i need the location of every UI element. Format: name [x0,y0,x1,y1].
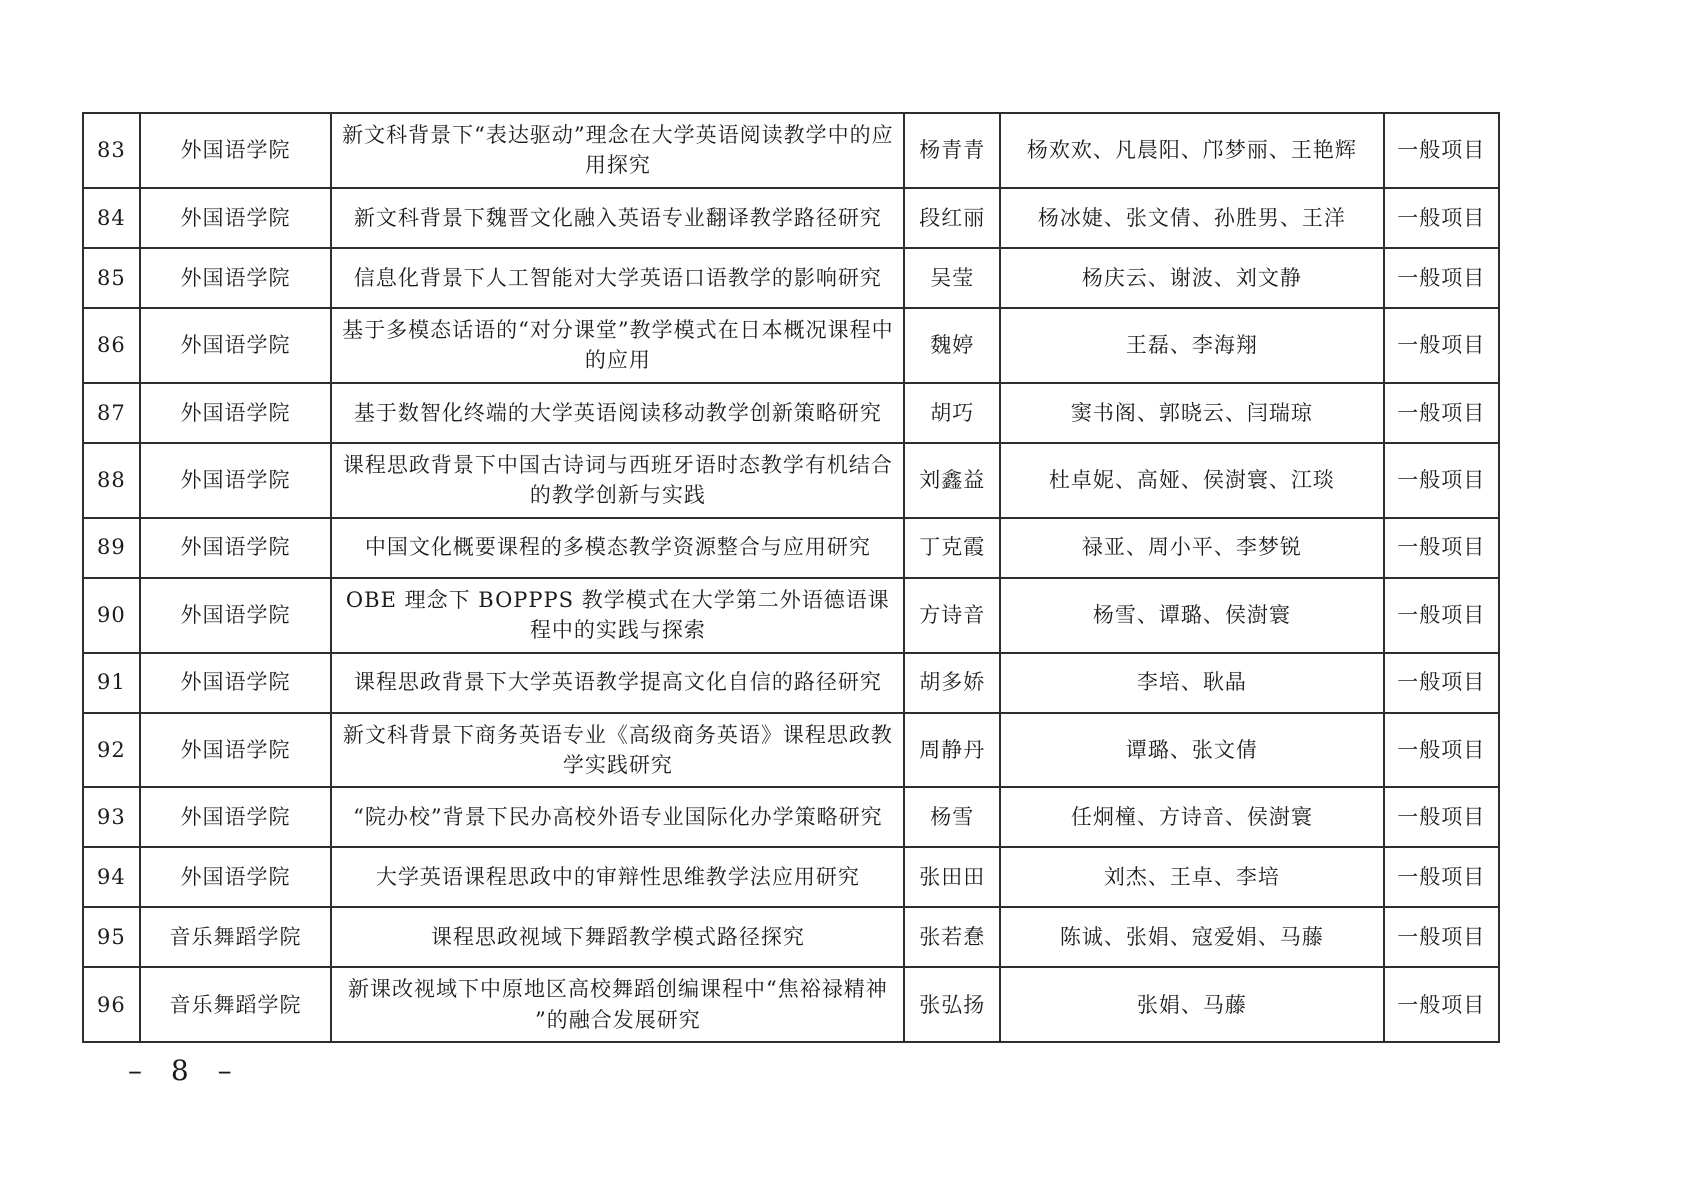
cell-no: 88 [83,443,140,518]
cell-type: 一般项目 [1384,443,1499,518]
table-row: 85外国语学院信息化背景下人工智能对大学英语口语教学的影响研究吴莹杨庆云、谢波、… [83,248,1499,308]
cell-leader: 杨雪 [904,787,1000,847]
table-row: 93外国语学院“院办校”背景下民办高校外语专业国际化办学策略研究杨雪任炯橦、方诗… [83,787,1499,847]
cell-no: 92 [83,713,140,788]
cell-no: 85 [83,248,140,308]
cell-department: 音乐舞蹈学院 [140,967,332,1042]
cell-members: 杨庆云、谢波、刘文静 [1000,248,1383,308]
cell-no: 90 [83,578,140,653]
cell-type: 一般项目 [1384,383,1499,443]
cell-department: 外国语学院 [140,578,332,653]
cell-no: 91 [83,653,140,713]
table-row: 83外国语学院新文科背景下“表达驱动”理念在大学英语阅读教学中的应用探究杨青青杨… [83,113,1499,188]
cell-members: 任炯橦、方诗音、侯澍寰 [1000,787,1383,847]
cell-members: 王磊、李海翔 [1000,308,1383,383]
cell-no: 95 [83,907,140,967]
cell-members: 杨冰婕、张文倩、孙胜男、王洋 [1000,188,1383,248]
cell-title: 新文科背景下“表达驱动”理念在大学英语阅读教学中的应用探究 [331,113,904,188]
table-row: 88外国语学院课程思政背景下中国古诗词与西班牙语时态教学有机结合的教学创新与实践… [83,443,1499,518]
table-row: 84外国语学院新文科背景下魏晋文化融入英语专业翻译教学路径研究段红丽杨冰婕、张文… [83,188,1499,248]
table-row: 90外国语学院OBE 理念下 BOPPPS 教学模式在大学第二外语德语课程中的实… [83,578,1499,653]
table-row: 91外国语学院课程思政背景下大学英语教学提高文化自信的路径研究胡多娇李培、耿晶一… [83,653,1499,713]
cell-leader: 胡多娇 [904,653,1000,713]
table-row: 96音乐舞蹈学院新课改视域下中原地区高校舞蹈创编课程中“焦裕禄精神 ”的融合发展… [83,967,1499,1042]
cell-members: 杨欢欢、凡晨阳、邝梦丽、王艳辉 [1000,113,1383,188]
cell-title: OBE 理念下 BOPPPS 教学模式在大学第二外语德语课程中的实践与探索 [331,578,904,653]
cell-leader: 周静丹 [904,713,1000,788]
cell-leader: 杨青青 [904,113,1000,188]
cell-no: 96 [83,967,140,1042]
cell-title: 新文科背景下商务英语专业《高级商务英语》课程思政教学实践研究 [331,713,904,788]
cell-members: 陈诚、张娟、寇爱娟、马藤 [1000,907,1383,967]
cell-no: 83 [83,113,140,188]
cell-leader: 吴莹 [904,248,1000,308]
cell-department: 外国语学院 [140,308,332,383]
cell-department: 外国语学院 [140,713,332,788]
cell-title: 课程思政背景下大学英语教学提高文化自信的路径研究 [331,653,904,713]
cell-type: 一般项目 [1384,578,1499,653]
projects-table-body: 83外国语学院新文科背景下“表达驱动”理念在大学英语阅读教学中的应用探究杨青青杨… [83,113,1499,1042]
cell-type: 一般项目 [1384,248,1499,308]
cell-title: 课程思政视域下舞蹈教学模式路径探究 [331,907,904,967]
cell-title: 新课改视域下中原地区高校舞蹈创编课程中“焦裕禄精神 ”的融合发展研究 [331,967,904,1042]
cell-members: 禄亚、周小平、李梦锐 [1000,518,1383,578]
table-row: 89外国语学院中国文化概要课程的多模态教学资源整合与应用研究丁克霞禄亚、周小平、… [83,518,1499,578]
cell-title: 新文科背景下魏晋文化融入英语专业翻译教学路径研究 [331,188,904,248]
cell-leader: 胡巧 [904,383,1000,443]
cell-type: 一般项目 [1384,308,1499,383]
cell-department: 外国语学院 [140,787,332,847]
cell-no: 87 [83,383,140,443]
cell-no: 84 [83,188,140,248]
cell-members: 刘杰、王卓、李培 [1000,847,1383,907]
cell-type: 一般项目 [1384,188,1499,248]
cell-title: 基于多模态话语的“对分课堂”教学模式在日本概况课程中的应用 [331,308,904,383]
projects-table: 83外国语学院新文科背景下“表达驱动”理念在大学英语阅读教学中的应用探究杨青青杨… [82,112,1500,1043]
cell-leader: 方诗音 [904,578,1000,653]
cell-department: 外国语学院 [140,188,332,248]
cell-department: 外国语学院 [140,653,332,713]
cell-title: “院办校”背景下民办高校外语专业国际化办学策略研究 [331,787,904,847]
cell-members: 李培、耿晶 [1000,653,1383,713]
cell-no: 93 [83,787,140,847]
table-row: 95音乐舞蹈学院课程思政视域下舞蹈教学模式路径探究张若惷陈诚、张娟、寇爱娟、马藤… [83,907,1499,967]
cell-title: 中国文化概要课程的多模态教学资源整合与应用研究 [331,518,904,578]
cell-type: 一般项目 [1384,847,1499,907]
cell-no: 86 [83,308,140,383]
cell-department: 外国语学院 [140,248,332,308]
cell-members: 杨雪、谭璐、侯澍寰 [1000,578,1383,653]
cell-no: 94 [83,847,140,907]
cell-type: 一般项目 [1384,113,1499,188]
cell-department: 音乐舞蹈学院 [140,907,332,967]
cell-leader: 魏婷 [904,308,1000,383]
cell-department: 外国语学院 [140,847,332,907]
cell-no: 89 [83,518,140,578]
cell-type: 一般项目 [1384,907,1499,967]
document-page: 83外国语学院新文科背景下“表达驱动”理念在大学英语阅读教学中的应用探究杨青青杨… [0,0,1684,1191]
cell-leader: 张田田 [904,847,1000,907]
cell-leader: 刘鑫益 [904,443,1000,518]
cell-leader: 张若惷 [904,907,1000,967]
table-row: 86外国语学院基于多模态话语的“对分课堂”教学模式在日本概况课程中的应用魏婷王磊… [83,308,1499,383]
cell-members: 窦书阁、郭晓云、闫瑞琼 [1000,383,1383,443]
cell-type: 一般项目 [1384,518,1499,578]
cell-title: 信息化背景下人工智能对大学英语口语教学的影响研究 [331,248,904,308]
cell-department: 外国语学院 [140,443,332,518]
table-row: 92外国语学院新文科背景下商务英语专业《高级商务英语》课程思政教学实践研究周静丹… [83,713,1499,788]
cell-title: 基于数智化终端的大学英语阅读移动教学创新策略研究 [331,383,904,443]
cell-type: 一般项目 [1384,653,1499,713]
cell-members: 张娟、马藤 [1000,967,1383,1042]
cell-department: 外国语学院 [140,518,332,578]
cell-leader: 张弘扬 [904,967,1000,1042]
cell-department: 外国语学院 [140,113,332,188]
cell-members: 谭璐、张文倩 [1000,713,1383,788]
cell-type: 一般项目 [1384,967,1499,1042]
page-number: – 8 – [128,1054,242,1087]
table-row: 94外国语学院大学英语课程思政中的审辩性思维教学法应用研究张田田刘杰、王卓、李培… [83,847,1499,907]
cell-leader: 段红丽 [904,188,1000,248]
cell-leader: 丁克霞 [904,518,1000,578]
cell-title: 大学英语课程思政中的审辩性思维教学法应用研究 [331,847,904,907]
cell-title: 课程思政背景下中国古诗词与西班牙语时态教学有机结合的教学创新与实践 [331,443,904,518]
cell-type: 一般项目 [1384,713,1499,788]
cell-members: 杜卓妮、高娅、侯澍寰、江琰 [1000,443,1383,518]
cell-type: 一般项目 [1384,787,1499,847]
table-row: 87外国语学院基于数智化终端的大学英语阅读移动教学创新策略研究胡巧窦书阁、郭晓云… [83,383,1499,443]
cell-department: 外国语学院 [140,383,332,443]
